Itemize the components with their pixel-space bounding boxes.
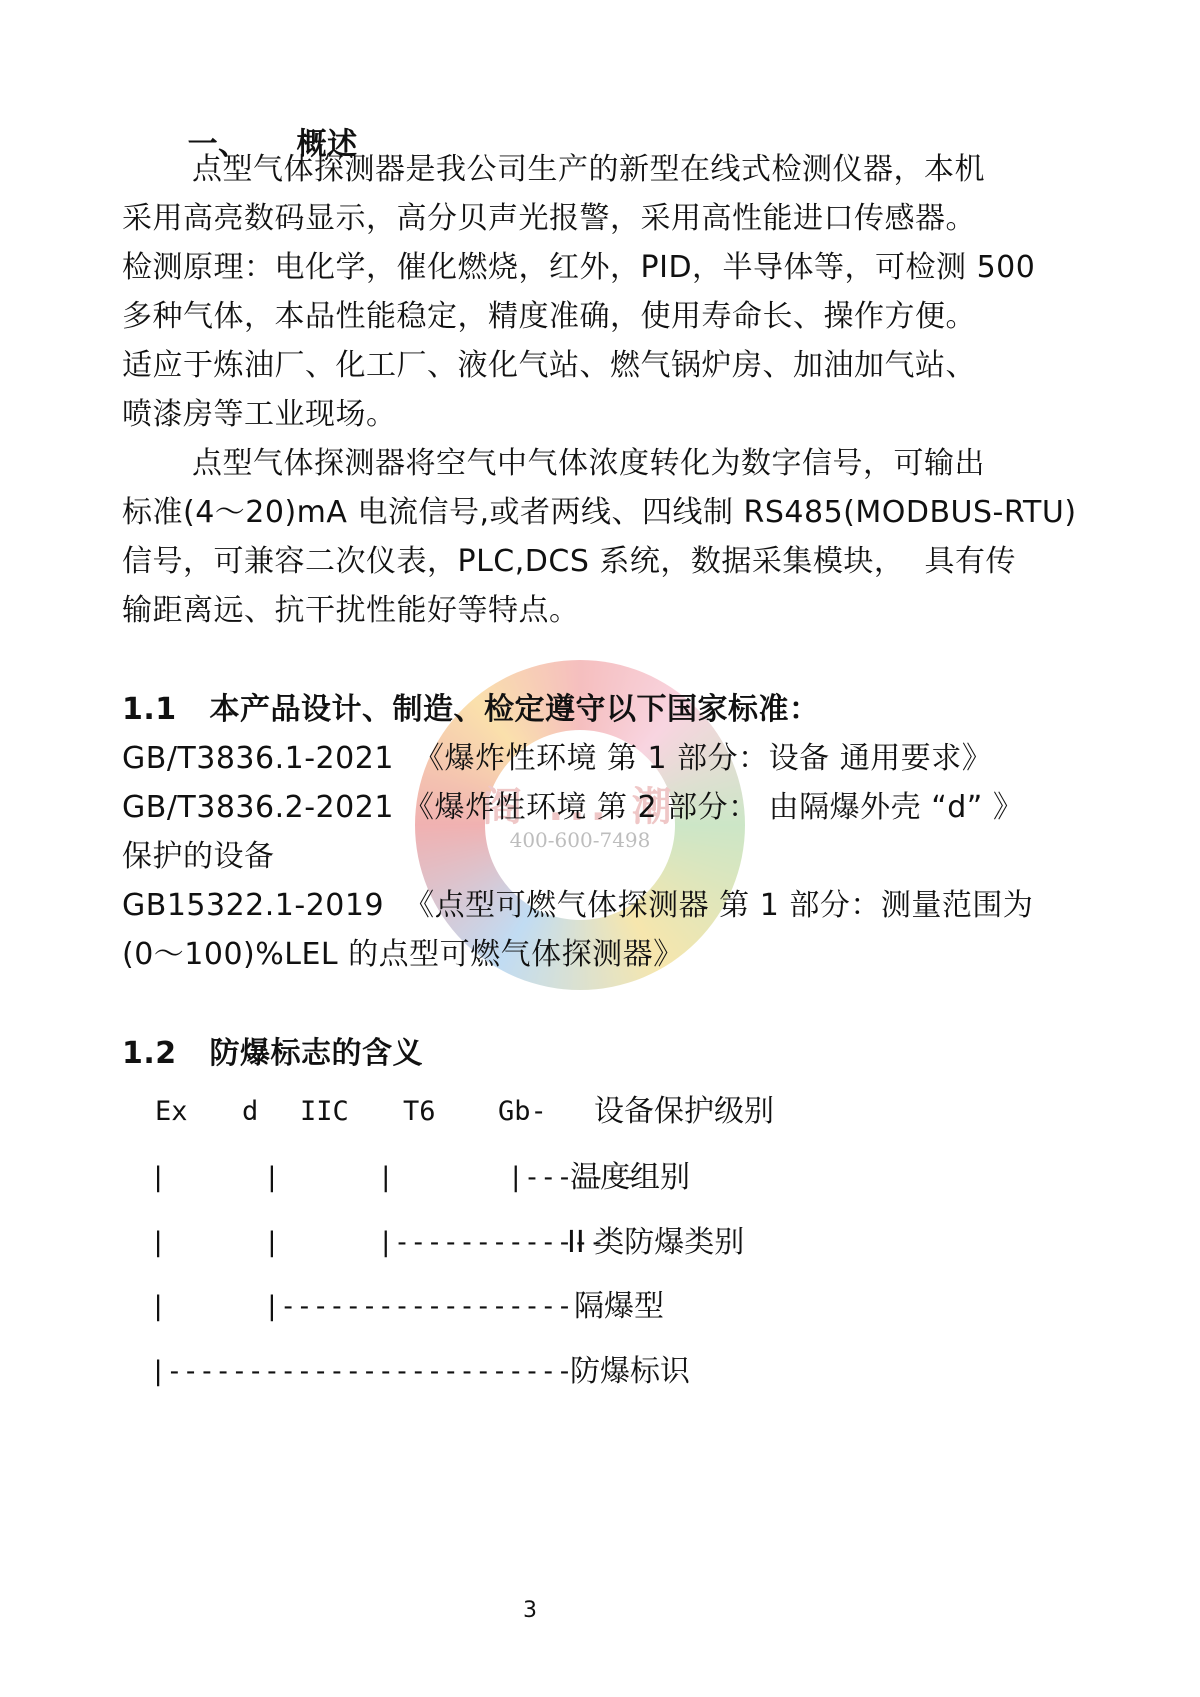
paragraph-line: 适应于炼油厂、化工厂、液化气站、燃气锅炉房、加油加气站、	[122, 346, 976, 386]
paragraph-line: 采用高亮数码显示，高分贝声光报警，采用高性能进口传感器。	[122, 199, 976, 239]
marking-part-ex: Ex	[155, 1092, 188, 1132]
paragraph-line: 点型气体探测器是我公司生产的新型在线式检测仪器，本机	[192, 150, 985, 190]
marking-label: 隔爆型	[574, 1287, 664, 1327]
marking-connector-lines: | | |-------------	[150, 1223, 605, 1263]
paragraph-line: 标准(4～20)mA 电流信号,或者两线、四线制 RS485(MODBUS-RT…	[122, 493, 1077, 533]
subsection-heading: 1.2 防爆标志的含义	[122, 1034, 423, 1074]
paragraph-line: 多种气体，本品性能稳定，精度准确，使用寿命长、操作方便。	[122, 297, 976, 337]
paragraph-line: 点型气体探测器将空气中气体浓度转化为数字信号，可输出	[192, 444, 985, 484]
paragraph-line: 检测原理：电化学，催化燃烧，红外，PID，半导体等，可检测 500	[122, 248, 1035, 288]
standard-line: GB/T3836.1-2021 《爆炸性环境 第 1 部分：设备 通用要求》	[122, 739, 992, 779]
marking-part-iic: IIC	[300, 1092, 349, 1132]
standard-line: 保护的设备	[122, 837, 275, 877]
paragraph-line: 输距离远、抗干扰性能好等特点。	[122, 591, 580, 631]
paragraph-line: 信号，可兼容二次仪表，PLC,DCS 系统，数据采集模块， 具有传	[122, 542, 1016, 582]
marking-part-t6: T6	[403, 1092, 436, 1132]
standard-line: (0～100)%LEL 的点型可燃气体探测器》	[122, 935, 684, 975]
marking-connector-lines: |-------------------------	[150, 1352, 573, 1392]
paragraph-line: 喷漆房等工业现场。	[122, 395, 397, 435]
subsection-heading: 1.1 本产品设计、制造、检定遵守以下国家标准：	[122, 690, 819, 730]
marking-part-gb: Gb-	[498, 1092, 547, 1132]
marking-connector-lines: | |------------------	[150, 1287, 573, 1327]
marking-part-d: d	[242, 1092, 258, 1132]
standard-line: GB15322.1-2019 《点型可燃气体探测器 第 1 部分：测量范围为	[122, 886, 1033, 926]
marking-label-gb: 设备保护级别	[594, 1092, 774, 1132]
standard-line: GB/T3836.2-2021 《爆炸性环境 第 2 部分： 由隔爆外壳 “d”…	[122, 788, 1023, 828]
marking-connector-lines: | | | |-------	[150, 1158, 638, 1198]
marking-label: 防爆标识	[570, 1352, 690, 1392]
marking-label: II 类防爆类别	[567, 1223, 744, 1263]
document-page: 阁 ... 潮 400-600-7498 一、概述 点型气体探测器是我公司生产的…	[0, 0, 1200, 1697]
marking-label: 温度组别	[570, 1158, 690, 1198]
page-number: 3	[0, 1598, 1060, 1623]
